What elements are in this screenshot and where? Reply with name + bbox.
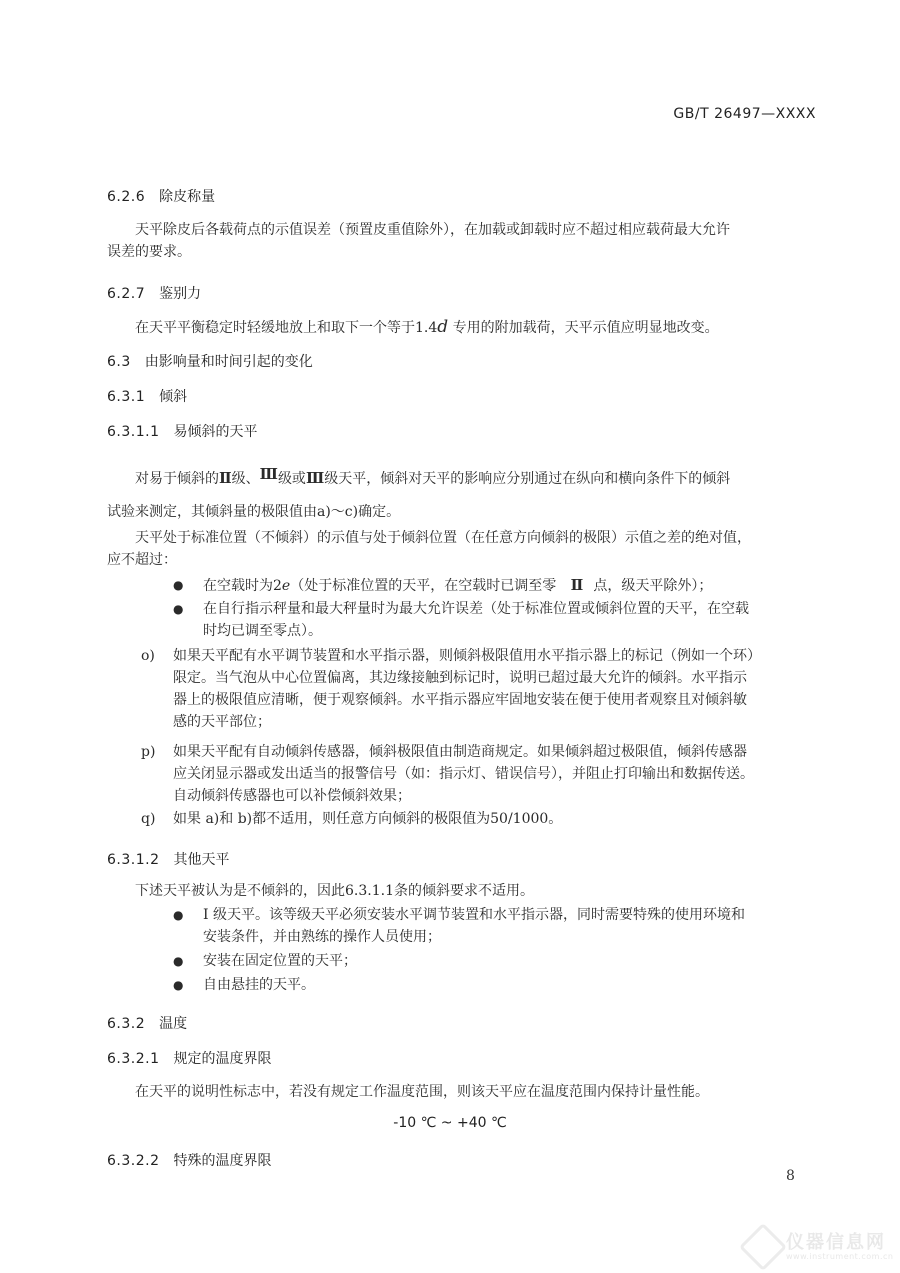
page-number: 8 xyxy=(786,1168,795,1184)
heading-number: 6.3.2.2 xyxy=(107,1153,159,1169)
list-line: 如果 a)和 b)都不适用，则任意方向倾斜的极限值为50/1000。 xyxy=(173,808,562,830)
paragraph-line: 应不超过： xyxy=(107,549,827,571)
watermark: 仪器信息网 www.instrument.com.cn xyxy=(746,1228,886,1268)
bullet-text: 自由悬挂的天平。 xyxy=(203,974,315,996)
heading-number: 6.3.1 xyxy=(107,389,145,405)
paragraph-tare: 天平除皮后各载荷点的示值误差（预置皮重值除外），在加载或卸载时应不超过相应载荷最… xyxy=(107,219,827,263)
bullet-icon: ● xyxy=(173,574,183,596)
bullet-text: 在自行指示秤量和最大秤量时为最大允许误差（处于标准位置或倾斜位置的天平，在空载 … xyxy=(203,598,749,642)
list-marker: o) xyxy=(141,645,155,667)
text-run: 级、 xyxy=(232,471,260,487)
bullet-line: 时均已调至零点）。 xyxy=(203,620,749,642)
list-text: 如果 a)和 b)都不适用，则任意方向倾斜的极限值为50/1000。 xyxy=(173,808,562,830)
heading-title: 由影响量和时间引起的变化 xyxy=(145,354,313,370)
heading-6-2-7: 6.2.7鉴别力 xyxy=(107,283,201,303)
heading-6-2-6: 6.2.6除皮称量 xyxy=(107,186,215,206)
bullet-text: 在空载时为2e（处于标准位置的天平，在空载时已调至零 Ⅱ点，级天平除外）； xyxy=(203,574,712,597)
heading-number: 6.3 xyxy=(107,354,131,370)
paragraph-discrimination: 在天平平衡稳定时轻缓地放上和取下一个等于1.4d 专用的附加载荷，天平示值应明显… xyxy=(135,316,719,339)
heading-title: 特殊的温度界限 xyxy=(173,1153,271,1169)
heading-title: 除皮称量 xyxy=(159,189,215,205)
heading-title: 规定的温度界限 xyxy=(173,1051,271,1067)
heading-title: 温度 xyxy=(159,1016,187,1032)
bullet-line: 安装条件，并由熟练的操作人员使用； xyxy=(203,926,745,948)
watermark-url: www.instrument.com.cn xyxy=(786,1252,893,1261)
list-marker: q) xyxy=(141,808,155,830)
text-run: （处于标准位置的天平，在空载时已调至零 xyxy=(290,578,556,594)
heading-number: 6.2.7 xyxy=(107,286,145,302)
heading-6-3-2-1: 6.3.2.1规定的温度界限 xyxy=(107,1048,271,1068)
heading-6-3-1-2: 6.3.1.2其他天平 xyxy=(107,849,229,869)
list-marker: p) xyxy=(141,741,155,763)
paragraph-line: 天平除皮后各载荷点的示值误差（预置皮重值除外），在加载或卸载时应不超过相应载荷最… xyxy=(107,219,827,241)
heading-number: 6.3.1.2 xyxy=(107,852,159,868)
text-run: 专用的附加载荷，天平示值应明显地改变。 xyxy=(453,320,719,336)
paragraph-tilt-intro-line2: 试验来测定，其倾斜量的极限值由a)～c)确定。 xyxy=(107,501,400,523)
text-run: 点，级天平除外）； xyxy=(593,578,712,594)
text-run: 级天平，倾斜对天平的影响应分别通过在纵向和横向条件下的倾斜 xyxy=(324,471,730,487)
list-item-q: q) 如果 a)和 b)都不适用，则任意方向倾斜的极限值为50/1000。 xyxy=(141,808,831,830)
list-line: 如果天平配有水平调节装置和水平指示器，则倾斜极限值用水平指示器上的标记（例如一个… xyxy=(173,645,761,667)
text-run: 对易于倾斜的 xyxy=(135,471,219,487)
bullet-text: Ⅰ 级天平。该等级天平必须安装水平调节装置和水平指示器，同时需要特殊的使用环境和… xyxy=(203,904,745,948)
list-line: 应关闭显示器或发出适当的报警信号（如：指示灯、错误信号），并阻止打印输出和数据传… xyxy=(173,763,754,785)
list-item-p: p) 如果天平配有自动倾斜传感器，倾斜极限值由制造商规定。如果倾斜超过极限值，倾… xyxy=(141,741,831,809)
standard-number: GB/T 26497—XXXX xyxy=(673,106,816,122)
heading-6-3-2: 6.3.2温度 xyxy=(107,1013,187,1033)
list-line: 器上的极限值应清晰，便于观察倾斜。水平指示器应牢固地安装在便于使用者观察且对倾斜… xyxy=(173,689,761,711)
variable-d: d xyxy=(437,317,448,337)
heading-title: 鉴别力 xyxy=(159,286,201,302)
variable-e: e xyxy=(282,578,290,594)
paragraph-other-balances: 下述天平被认为是不倾斜的，因此6.3.1.1条的倾斜要求不适用。 xyxy=(135,880,534,902)
paragraph-line: 误差的要求。 xyxy=(107,241,827,263)
heading-6-3: 6.3由影响量和时间引起的变化 xyxy=(107,351,313,371)
bullet-item-class-I: ● Ⅰ 级天平。该等级天平必须安装水平调节装置和水平指示器，同时需要特殊的使用环… xyxy=(173,904,823,948)
text-run: 在空载时为2 xyxy=(203,578,282,594)
list-line: 如果天平配有自动倾斜传感器，倾斜极限值由制造商规定。如果倾斜超过极限值，倾斜传感… xyxy=(173,741,754,763)
text-run: 在天平平衡稳定时轻缓地放上和取下一个等于1.4 xyxy=(135,320,437,336)
heading-6-3-1-1: 6.3.1.1易倾斜的天平 xyxy=(107,421,257,441)
class-roman-III: Ⅲ xyxy=(260,465,278,483)
bullet-icon: ● xyxy=(173,974,183,996)
class-roman-IIII: Ⅲ xyxy=(306,469,324,487)
list-line: 限定。当气泡从中心位置偏离，其边缘接触到标记时，说明已超过最大允许的倾斜。水平指… xyxy=(173,667,761,689)
bullet-line: Ⅰ 级天平。该等级天平必须安装水平调节装置和水平指示器，同时需要特殊的使用环境和 xyxy=(203,904,745,926)
paragraph-tilt-difference: 天平处于标准位置（不倾斜）的示值与处于倾斜位置（在任意方向倾斜的极限）示值之差的… xyxy=(107,527,827,571)
class-roman-II: Ⅱ xyxy=(219,469,232,487)
heading-number: 6.3.2.1 xyxy=(107,1051,159,1067)
heading-6-3-2-2: 6.3.2.2特殊的温度界限 xyxy=(107,1150,271,1170)
paragraph-line: 天平处于标准位置（不倾斜）的示值与处于倾斜位置（在任意方向倾斜的极限）示值之差的… xyxy=(107,527,827,549)
list-line: 感的天平部位； xyxy=(173,711,761,733)
list-item-o: o) 如果天平配有水平调节装置和水平指示器，则倾斜极限值用水平指示器上的标记（例… xyxy=(141,645,831,735)
heading-number: 6.2.6 xyxy=(107,189,145,205)
list-line: 自动倾斜传感器也可以补偿倾斜效果； xyxy=(173,785,754,807)
list-text: 如果天平配有自动倾斜传感器，倾斜极限值由制造商规定。如果倾斜超过极限值，倾斜传感… xyxy=(173,741,754,807)
heading-number: 6.3.2 xyxy=(107,1016,145,1032)
paragraph-temperature-limits: 在天平的说明性标志中，若没有规定工作温度范围，则该天平应在温度范围内保持计量性能… xyxy=(135,1081,709,1103)
heading-6-3-1: 6.3.1倾斜 xyxy=(107,386,187,406)
heading-title: 倾斜 xyxy=(159,389,187,405)
bullet-line: 在自行指示秤量和最大秤量时为最大允许误差（处于标准位置或倾斜位置的天平，在空载 xyxy=(203,598,749,620)
heading-number: 6.3.1.1 xyxy=(107,424,159,440)
class-roman-II: Ⅱ xyxy=(571,576,584,594)
list-text: 如果天平配有水平调节装置和水平指示器，则倾斜极限值用水平指示器上的标记（例如一个… xyxy=(173,645,761,733)
document-page: GB/T 26497—XXXX 6.2.6除皮称量 天平除皮后各载荷点的示值误差… xyxy=(0,0,900,1273)
heading-title: 易倾斜的天平 xyxy=(173,424,257,440)
temperature-range-formula: -10 ℃ ~ +40 ℃ xyxy=(0,1115,900,1131)
paragraph-tilt-intro-line1: 对易于倾斜的Ⅱ级、Ⅲ级或Ⅲ级天平，倾斜对天平的影响应分别通过在纵向和横向条件下的… xyxy=(135,467,730,490)
bullet-icon: ● xyxy=(173,598,183,620)
watermark-name: 仪器信息网 xyxy=(786,1228,886,1254)
bullet-icon: ● xyxy=(173,904,183,926)
bullet-item-max-load: ● 在自行指示秤量和最大秤量时为最大允许误差（处于标准位置或倾斜位置的天平，在空… xyxy=(173,598,823,642)
bullet-text: 安装在固定位置的天平； xyxy=(203,950,357,972)
bullet-icon: ● xyxy=(173,950,183,972)
heading-title: 其他天平 xyxy=(173,852,229,868)
text-run: 级或 xyxy=(278,471,306,487)
watermark-logo-icon xyxy=(739,1223,787,1271)
